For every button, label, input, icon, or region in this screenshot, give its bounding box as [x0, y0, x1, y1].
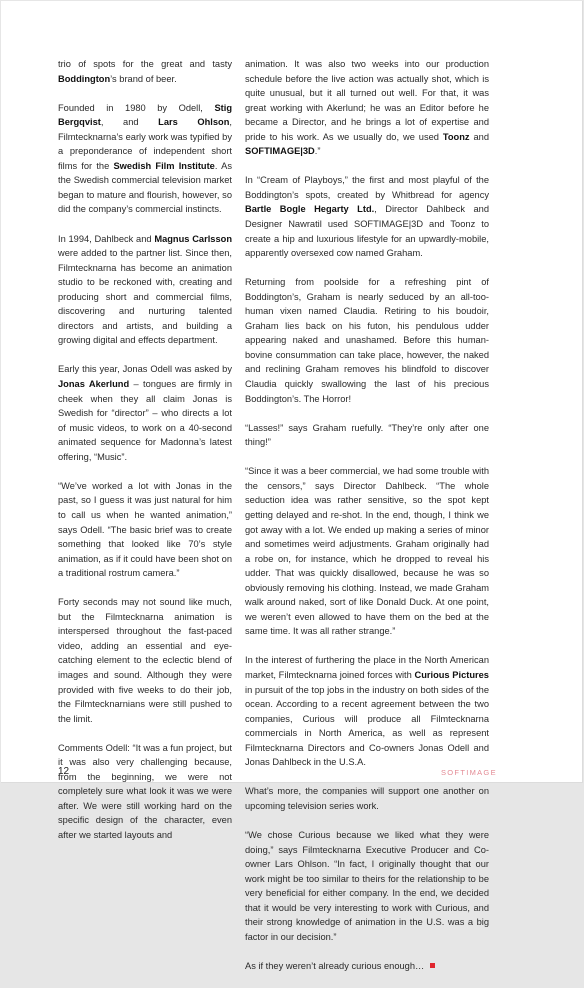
text: , and	[101, 117, 158, 127]
bold-name: Curious Pictures	[414, 670, 489, 680]
footer-brand: SOFTIMAGE	[441, 768, 497, 777]
paragraph: In “Cream of Playboys,” the first and mo…	[245, 173, 489, 260]
text: – tongues are firmly in cheek when they …	[58, 379, 232, 462]
text: in pursuit of the top jobs in the indust…	[245, 685, 489, 768]
paragraph: Returning from poolside for a refreshing…	[245, 275, 489, 406]
text: In “Cream of Playboys,” the first and mo…	[245, 175, 489, 200]
bold-name: Swedish Film Institute	[113, 161, 214, 171]
bold-name: Jonas Akerlund	[58, 379, 129, 389]
paragraph: Founded in 1980 by Odell, Stig Bergqvist…	[58, 101, 232, 217]
paragraph: “We’ve worked a lot with Jonas in the pa…	[58, 479, 232, 581]
paragraph: Comments Odell: “It was a fun project, b…	[58, 741, 232, 784]
paragraph: In the interest of furthering the place …	[245, 653, 489, 769]
paragraph: Forty seconds may not sound like much, b…	[58, 595, 232, 726]
bold-name: Toonz	[443, 132, 470, 142]
text: Early this year, Jonas Odell was asked b…	[58, 364, 232, 374]
bold-name: Magnus Carlsson	[154, 234, 232, 244]
paragraph: Early this year, Jonas Odell was asked b…	[58, 362, 232, 464]
left-column: trio of spots for the great and tasty Bo…	[58, 57, 232, 784]
text: were added to the partner list. Since th…	[58, 248, 232, 345]
paragraph: animation. It was also two weeks into ou…	[245, 57, 489, 159]
text: and	[470, 132, 489, 142]
magazine-page: trio of spots for the great and tasty Bo…	[1, 1, 583, 783]
paragraph: “Lasses!” says Graham ruefully. “They’re…	[245, 421, 489, 450]
paragraph: “Since it was a beer commercial, we had …	[245, 464, 489, 639]
text: animation. It was also two weeks into ou…	[245, 59, 489, 142]
paragraph: trio of spots for the great and tasty Bo…	[58, 57, 232, 86]
text: trio of spots for the great and tasty	[58, 59, 232, 69]
bold-name: Lars Ohlson	[158, 117, 229, 127]
bold-name: Bartle Bogle Hegarty Ltd.	[245, 204, 374, 214]
paragraph: In 1994, Dahlbeck and Magnus Carlsson we…	[58, 232, 232, 348]
text: .”	[315, 146, 321, 156]
text: Founded in 1980 by Odell,	[58, 103, 214, 113]
right-column: animation. It was also two weeks into ou…	[245, 57, 489, 784]
bold-name: SOFTIMAGE|3D	[245, 146, 315, 156]
text: In 1994, Dahlbeck and	[58, 234, 154, 244]
text: ’s brand of beer.	[110, 74, 177, 84]
page-number: 12	[58, 766, 69, 777]
bold-name: Boddington	[58, 74, 110, 84]
